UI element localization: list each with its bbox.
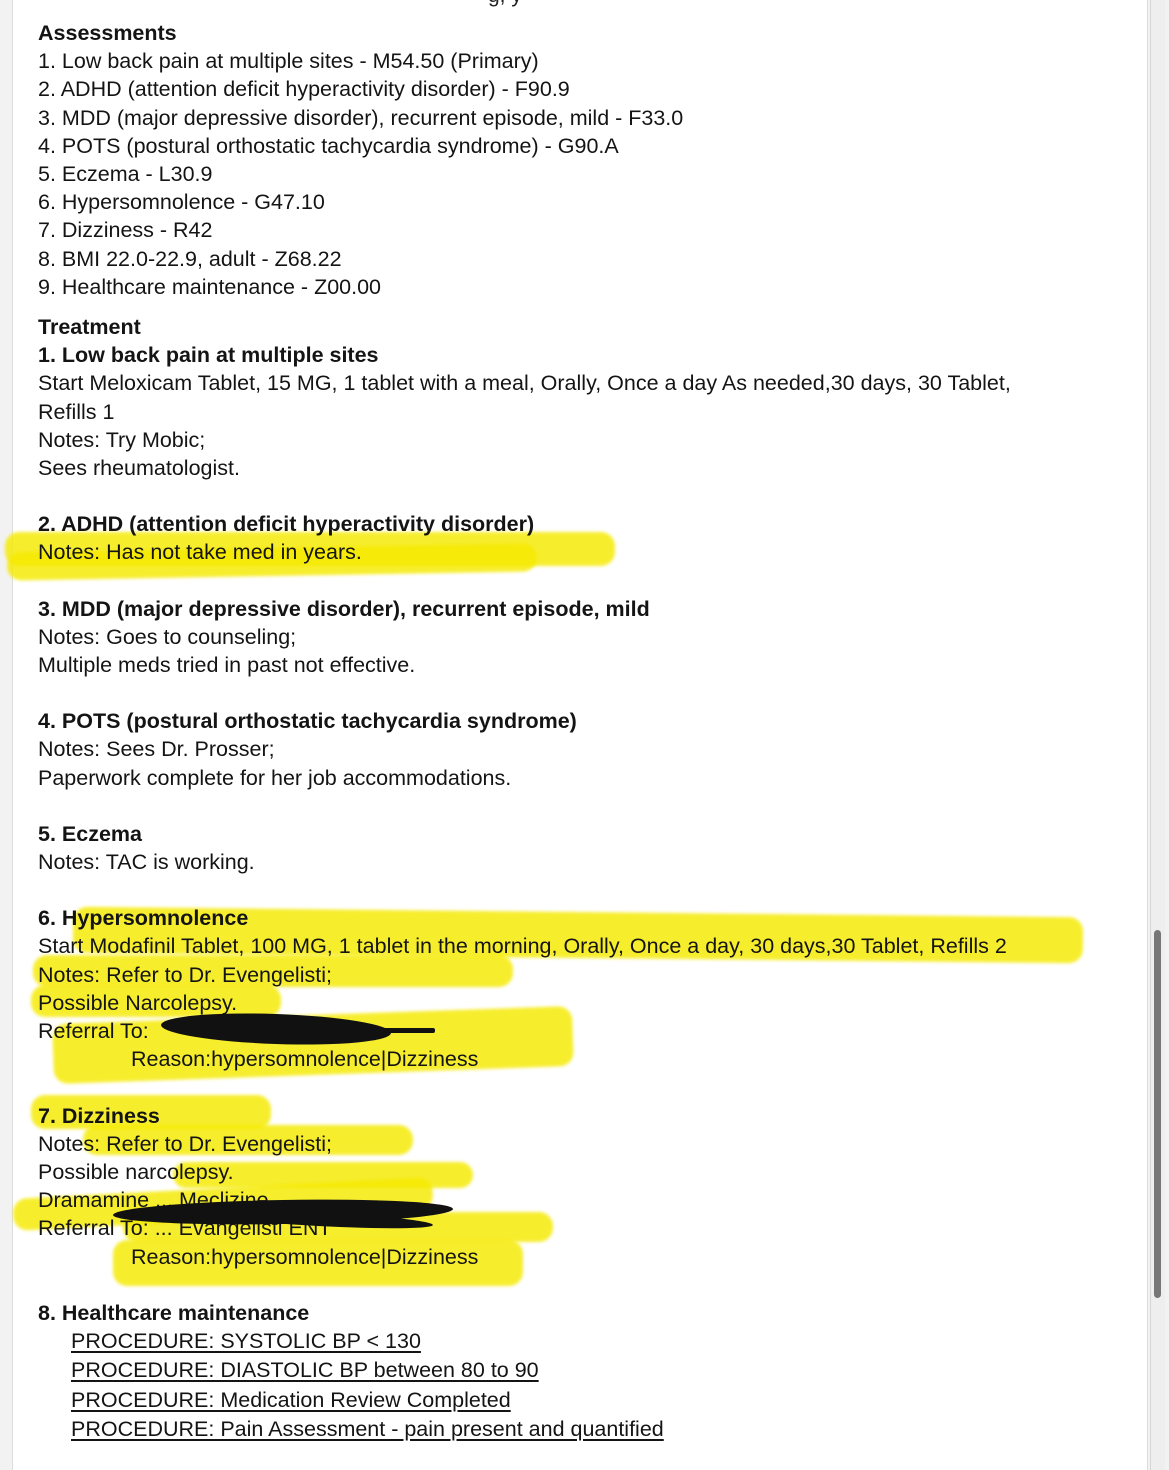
assessment-item: 9. Healthcare maintenance - Z00.00 [38,273,1138,301]
treatment-heading: 6. Hypersomnolence [38,904,1138,932]
treatment-line: Notes: Refer to Dr. Evengelisti; [38,961,1138,989]
assessment-item: 4. POTS (postural orthostatic tachycardi… [38,132,1138,160]
assessment-item: 3. MDD (major depressive disorder), recu… [38,104,1138,132]
treatment-line: Refills 1 [38,398,1138,426]
treatment-line: Start Meloxicam Tablet, 15 MG, 1 tablet … [38,369,1138,397]
treatment-line: Possible narcolepsy. [38,1158,1138,1186]
treatment-title: Treatment [38,313,1138,341]
document-content: g, y Assessments 1. Low back pain at mul… [38,0,1138,1445]
treatment-line: Possible Narcolepsy. [38,989,1138,1017]
scrollbar-thumb[interactable] [1154,930,1161,1298]
treatment-line: Multiple meds tried in past not effectiv… [38,651,1138,679]
treatment-line: Notes: Sees Dr. Prosser; [38,735,1138,763]
assessment-item: 2. ADHD (attention deficit hyperactivity… [38,75,1138,103]
treatment-line: Notes: Goes to counseling; [38,623,1138,651]
procedure-link[interactable]: PROCEDURE: DIASTOLIC BP between 80 to 90 [71,1358,539,1382]
procedure-link[interactable]: PROCEDURE: SYSTOLIC BP < 130 [71,1329,421,1353]
treatment-heading: 7. Dizziness [38,1102,1138,1130]
treatment-line: Notes: Try Mobic; [38,426,1138,454]
assessment-item: 1. Low back pain at multiple sites - M54… [38,47,1138,75]
treatment-heading: 5. Eczema [38,820,1138,848]
referral-reason: Reason:hypersomnolence|Dizziness [38,1045,1138,1073]
treatment-heading: 4. POTS (postural orthostatic tachycardi… [38,707,1138,735]
assessment-item: 7. Dizziness - R42 [38,216,1138,244]
clipped-text: g, y [488,0,522,10]
treatment-line: Paperwork complete for her job accommoda… [38,764,1138,792]
treatment-line: Notes: TAC is working. [38,848,1138,876]
treatment-line: Sees rheumatologist. [38,454,1138,482]
treatment-line: Notes: Has not take med in years. [38,538,1138,566]
treatment-heading: 3. MDD (major depressive disorder), recu… [38,595,1138,623]
referral-reason: Reason:hypersomnolence|Dizziness [38,1243,1138,1271]
treatment-heading: 2. ADHD (attention deficit hyperactivity… [38,510,1138,538]
treatment-line: Notes: Refer to Dr. Evengelisti; [38,1130,1138,1158]
assessment-item: 6. Hypersomnolence - G47.10 [38,188,1138,216]
redaction-mark [343,1028,435,1033]
procedure-link[interactable]: PROCEDURE: Pain Assessment - pain presen… [71,1417,664,1441]
assessments-title: Assessments [38,19,1138,47]
treatment-heading: 1. Low back pain at multiple sites [38,341,1138,369]
treatment-line: Start Modafinil Tablet, 100 MG, 1 tablet… [38,932,1138,960]
assessment-item: 5. Eczema - L30.9 [38,160,1138,188]
assessment-item: 8. BMI 22.0-22.9, adult - Z68.22 [38,245,1138,273]
procedure-link[interactable]: PROCEDURE: Medication Review Completed [71,1388,511,1412]
treatment-heading: 8. Healthcare maintenance [38,1299,1138,1327]
document-page: g, y Assessments 1. Low back pain at mul… [12,0,1148,1470]
